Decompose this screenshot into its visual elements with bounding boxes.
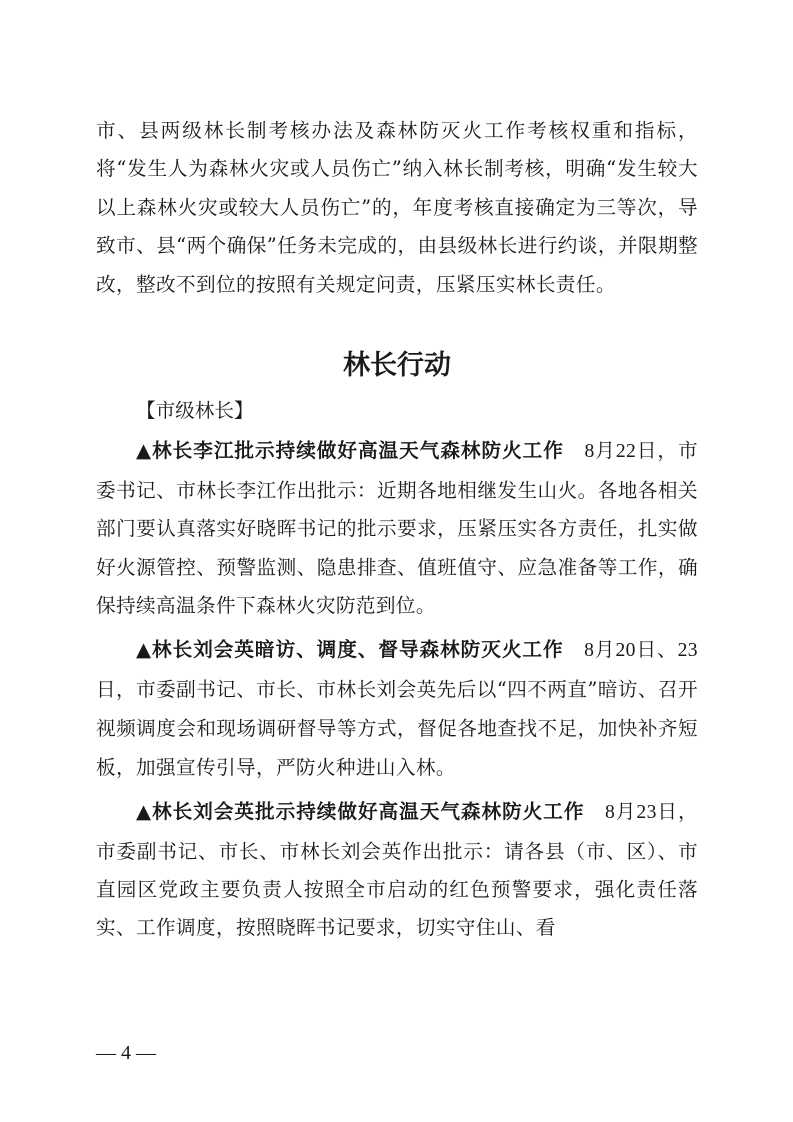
item-title: ▲林长刘会英暗访、调度、督导森林防灭火工作 xyxy=(136,638,564,661)
item-title: ▲林长李江批示持续做好高温天气森林防火工作 xyxy=(136,439,564,462)
spacer xyxy=(584,800,605,823)
item-body: 市委副书记、市长、市林长刘会英作出批示：请各县（市、区）、市直园区党政主要负责人… xyxy=(96,840,698,940)
spacer xyxy=(564,439,585,462)
item-body: 市委书记、市林长李江作出批示：近期各地相继发生山火。各地各相关部门要认真落实好晓… xyxy=(96,439,698,617)
spacer xyxy=(564,638,585,661)
news-item-3: ▲林长刘会英批示持续做好高温天气森林防火工作 8月23日，市委副书记、市长、市林… xyxy=(96,793,698,948)
subsection-label: 【市级林长】 xyxy=(96,392,698,430)
news-item-2: ▲林长刘会英暗访、调度、督导森林防灭火工作 8月20日、23日，市委副书记、市长… xyxy=(96,631,698,787)
page-number: — 4 — xyxy=(96,1041,156,1065)
section-heading: 林长行动 xyxy=(96,346,698,386)
item-date: 8月23日， xyxy=(605,802,698,823)
document-page: 市、县两级林长制考核办法及森林防灭火工作考核权重和指标，将“发生人为森林火灾或人… xyxy=(96,112,698,948)
item-title: ▲林长刘会英批示持续做好高温天气森林防火工作 xyxy=(136,800,584,823)
item-date: 8月22日， xyxy=(584,441,678,462)
news-item-1: ▲林长李江批示持续做好高温天气森林防火工作 8月22日，市委书记、市林长李江作出… xyxy=(96,432,698,625)
spacer xyxy=(96,304,698,346)
intro-paragraph: 市、县两级林长制考核办法及森林防灭火工作考核权重和指标，将“发生人为森林火灾或人… xyxy=(96,112,698,304)
item-body: 市委副书记、市长、市林长刘会英先后以“四不两直”暗访、召开视频调度会和现场调研督… xyxy=(96,678,698,779)
